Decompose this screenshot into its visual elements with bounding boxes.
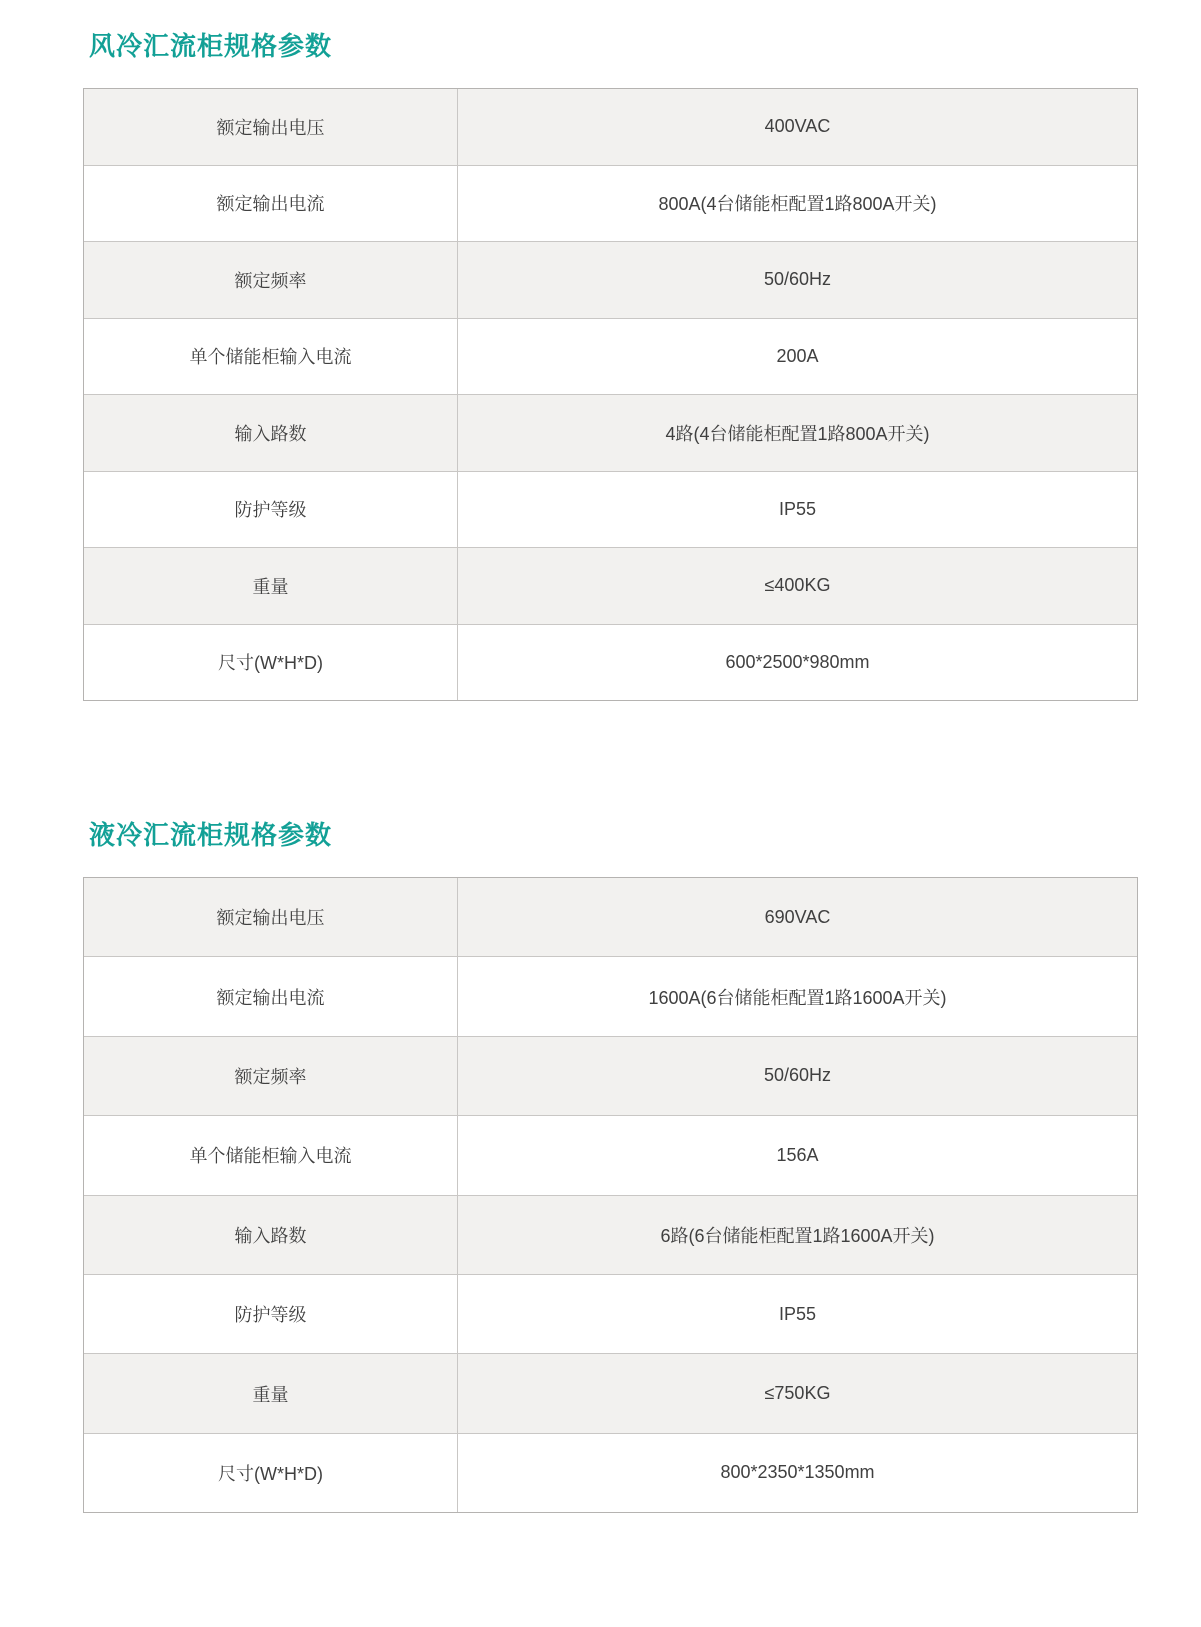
table-row: 单个储能柜输入电流156A xyxy=(84,1115,1137,1194)
spec-value: 690VAC xyxy=(458,878,1137,956)
table-row: 重量≤400KG xyxy=(84,547,1137,624)
spec-table-liquid-cooled: 额定输出电压690VAC额定输出电流1600A(6台储能柜配置1路1600A开关… xyxy=(83,877,1138,1513)
spec-value: 600*2500*980mm xyxy=(458,625,1137,701)
spec-value: ≤400KG xyxy=(458,548,1137,624)
table-row: 额定频率50/60Hz xyxy=(84,241,1137,318)
table-row: 输入路数6路(6台储能柜配置1路1600A开关) xyxy=(84,1195,1137,1274)
table-row: 额定输出电压690VAC xyxy=(84,878,1137,956)
table-row: 额定输出电流800A(4台储能柜配置1路800A开关) xyxy=(84,165,1137,242)
table-row: 额定频率50/60Hz xyxy=(84,1036,1137,1115)
spec-page: 风冷汇流柜规格参数 额定输出电压400VAC额定输出电流800A(4台储能柜配置… xyxy=(0,0,1138,1513)
spec-label: 输入路数 xyxy=(84,395,458,471)
spec-label: 单个储能柜输入电流 xyxy=(84,319,458,395)
spec-label: 尺寸(W*H*D) xyxy=(84,625,458,701)
spec-label: 单个储能柜输入电流 xyxy=(84,1116,458,1194)
table-row: 额定输出电压400VAC xyxy=(84,89,1137,165)
spec-label: 防护等级 xyxy=(84,472,458,548)
spec-value: 4路(4台储能柜配置1路800A开关) xyxy=(458,395,1137,471)
spec-value: 800A(4台储能柜配置1路800A开关) xyxy=(458,166,1137,242)
spec-label: 尺寸(W*H*D) xyxy=(84,1434,458,1512)
spec-value: 400VAC xyxy=(458,89,1137,165)
spec-value: 50/60Hz xyxy=(458,242,1137,318)
spec-label: 额定频率 xyxy=(84,1037,458,1115)
table-row: 尺寸(W*H*D)600*2500*980mm xyxy=(84,624,1137,701)
spec-value: 50/60Hz xyxy=(458,1037,1137,1115)
spec-table-air-cooled: 额定输出电压400VAC额定输出电流800A(4台储能柜配置1路800A开关)额… xyxy=(83,88,1138,701)
table-row: 额定输出电流1600A(6台储能柜配置1路1600A开关) xyxy=(84,956,1137,1035)
table-row: 单个储能柜输入电流200A xyxy=(84,318,1137,395)
section-title-air-cooled: 风冷汇流柜规格参数 xyxy=(89,30,1138,62)
spec-value: IP55 xyxy=(458,1275,1137,1353)
spec-value: IP55 xyxy=(458,472,1137,548)
spec-value: ≤750KG xyxy=(458,1354,1137,1432)
spec-label: 额定输出电压 xyxy=(84,89,458,165)
spec-value: 1600A(6台储能柜配置1路1600A开关) xyxy=(458,957,1137,1035)
table-row: 重量≤750KG xyxy=(84,1353,1137,1432)
spec-label: 输入路数 xyxy=(84,1196,458,1274)
spec-label: 防护等级 xyxy=(84,1275,458,1353)
table-row: 输入路数4路(4台储能柜配置1路800A开关) xyxy=(84,394,1137,471)
spec-value: 800*2350*1350mm xyxy=(458,1434,1137,1512)
table-row: 防护等级IP55 xyxy=(84,471,1137,548)
spec-label: 重量 xyxy=(84,1354,458,1432)
section-title-liquid-cooled: 液冷汇流柜规格参数 xyxy=(89,819,1138,851)
table-row: 防护等级IP55 xyxy=(84,1274,1137,1353)
spec-value: 6路(6台储能柜配置1路1600A开关) xyxy=(458,1196,1137,1274)
spec-label: 额定输出电流 xyxy=(84,957,458,1035)
table-row: 尺寸(W*H*D)800*2350*1350mm xyxy=(84,1433,1137,1512)
spec-label: 额定输出电压 xyxy=(84,878,458,956)
spec-label: 额定输出电流 xyxy=(84,166,458,242)
spec-label: 重量 xyxy=(84,548,458,624)
spec-value: 200A xyxy=(458,319,1137,395)
spec-value: 156A xyxy=(458,1116,1137,1194)
section-air-cooled: 风冷汇流柜规格参数 额定输出电压400VAC额定输出电流800A(4台储能柜配置… xyxy=(83,30,1138,701)
spec-label: 额定频率 xyxy=(84,242,458,318)
section-liquid-cooled: 液冷汇流柜规格参数 额定输出电压690VAC额定输出电流1600A(6台储能柜配… xyxy=(83,819,1138,1513)
